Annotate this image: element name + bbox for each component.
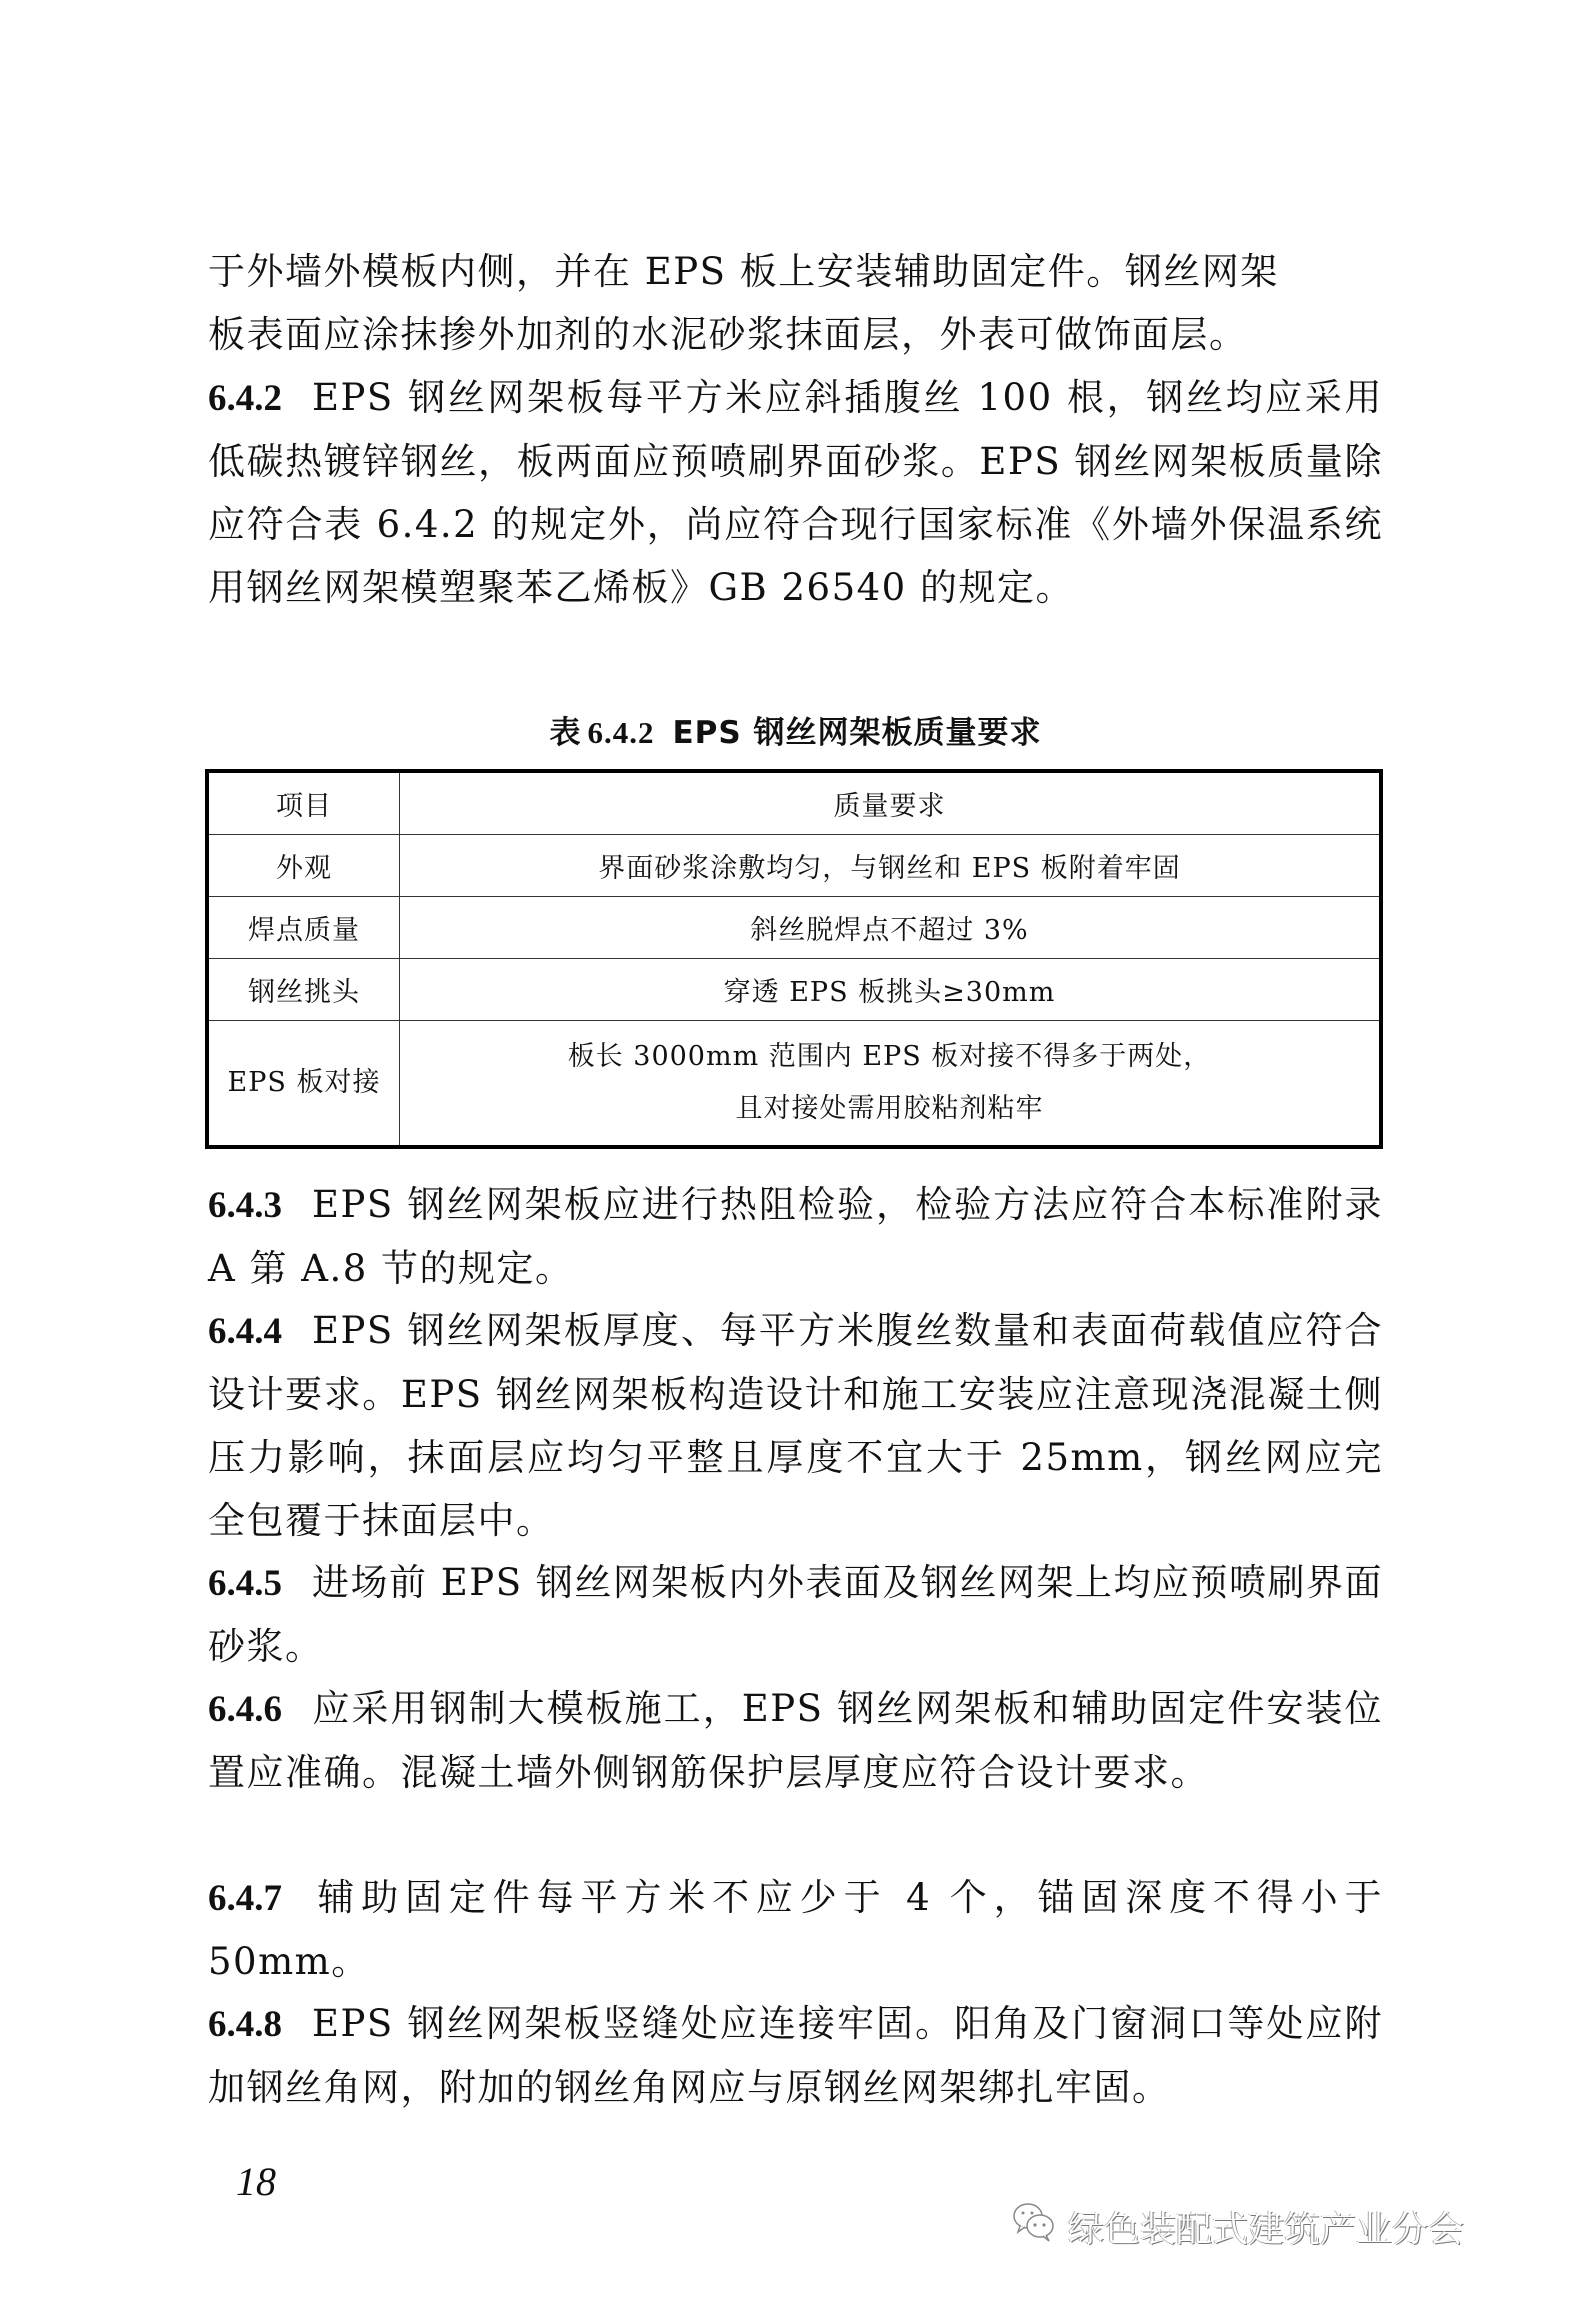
caption-title: EPS 钢丝网架板质量要求 xyxy=(672,715,1041,751)
intro-line-1: 于外墙外模板内侧，并在 EPS 板上安装辅助固定件。钢丝网架 xyxy=(208,240,1383,303)
row-item: 焊点质量 xyxy=(207,897,400,959)
clause-text: 辅助固定件每平方米不应少于 4 个，锚固深度不得小于 50mm。 xyxy=(208,1876,1383,1983)
table-row: 钢丝挑头 穿透 EPS 板挑头≥30mm xyxy=(207,959,1381,1021)
header-requirement: 质量要求 xyxy=(400,771,1382,835)
row-requirement: 板长 3000mm 范围内 EPS 板对接不得多于两处， 且对接处需用胶粘剂粘牢 xyxy=(400,1021,1382,1148)
table-row: 外观 界面砂浆涂敷均匀，与钢丝和 EPS 板附着牢固 xyxy=(207,835,1381,897)
requirement-line-1: 板长 3000mm 范围内 EPS 板对接不得多于两处， xyxy=(400,1031,1379,1083)
table-row: EPS 板对接 板长 3000mm 范围内 EPS 板对接不得多于两处， 且对接… xyxy=(207,1021,1381,1148)
table-row: 焊点质量 斜丝脱焊点不超过 3% xyxy=(207,897,1381,959)
clause-text: EPS 钢丝网架板应进行热阻检验，检验方法应符合本标准附录 A 第 A.8 节的… xyxy=(208,1183,1383,1290)
document-page: 于外墙外模板内侧，并在 EPS 板上安装辅助固定件。钢丝网架 板表面应涂抹掺外加… xyxy=(0,0,1587,2300)
table-caption: 表6.4.2EPS 钢丝网架板质量要求 xyxy=(208,707,1383,752)
clause-text: EPS 钢丝网架板竖缝处应连接牢固。阳角及门窗洞口等处应附加钢丝角网，附加的钢丝… xyxy=(208,2002,1383,2109)
page-number: 18 xyxy=(236,2158,276,2205)
clause-text: EPS 钢丝网架板厚度、每平方米腹丝数量和表面荷载值应符合设计要求。EPS 钢丝… xyxy=(208,1309,1383,1542)
clause-6-4-5: 6.4.5进场前 EPS 钢丝网架板内外表面及钢丝网架上均应预喷刷界面砂浆。 xyxy=(208,1551,1383,1678)
clause-number: 6.4.4 xyxy=(208,1311,282,1352)
clause-6-4-3: 6.4.3EPS 钢丝网架板应进行热阻检验，检验方法应符合本标准附录 A 第 A… xyxy=(208,1173,1383,1300)
header-item: 项目 xyxy=(207,771,400,835)
clause-6-4-4: 6.4.4EPS 钢丝网架板厚度、每平方米腹丝数量和表面荷载值应符合设计要求。E… xyxy=(208,1299,1383,1552)
clause-text: 应采用钢制大模板施工，EPS 钢丝网架板和辅助固定件安装位置应准确。混凝土墙外侧… xyxy=(208,1687,1383,1794)
row-item: EPS 板对接 xyxy=(207,1021,400,1148)
row-requirement: 斜丝脱焊点不超过 3% xyxy=(400,897,1382,959)
clause-6-4-8: 6.4.8EPS 钢丝网架板竖缝处应连接牢固。阳角及门窗洞口等处应附加钢丝角网，… xyxy=(208,1992,1383,2119)
clause-number: 6.4.2 xyxy=(208,378,282,419)
intro-paragraph: 于外墙外模板内侧，并在 EPS 板上安装辅助固定件。钢丝网架 板表面应涂抹掺外加… xyxy=(208,240,1383,366)
row-item: 外观 xyxy=(207,835,400,897)
wechat-icon xyxy=(1010,2198,1058,2255)
clause-number: 6.4.5 xyxy=(208,1563,282,1604)
clause-6-4-7: 6.4.7辅助固定件每平方米不应少于 4 个，锚固深度不得小于 50mm。 xyxy=(208,1866,1383,1993)
clause-number: 6.4.7 xyxy=(208,1878,282,1919)
clause-text: 进场前 EPS 钢丝网架板内外表面及钢丝网架上均应预喷刷界面砂浆。 xyxy=(208,1561,1383,1668)
row-requirement: 穿透 EPS 板挑头≥30mm xyxy=(400,959,1382,1021)
quality-requirements-table: 项目 质量要求 外观 界面砂浆涂敷均匀，与钢丝和 EPS 板附着牢固 焊点质量 … xyxy=(205,769,1383,1149)
clause-6-4-6: 6.4.6应采用钢制大模板施工，EPS 钢丝网架板和辅助固定件安装位置应准确。混… xyxy=(208,1677,1383,1804)
intro-line-2: 板表面应涂抹掺外加剂的水泥砂浆抹面层，外表可做饰面层。 xyxy=(208,303,1383,366)
clause-text: EPS 钢丝网架板每平方米应斜插腹丝 100 根，钢丝均应采用低碳热镀锌钢丝，板… xyxy=(208,376,1383,609)
row-item: 钢丝挑头 xyxy=(207,959,400,1021)
watermark-text: 绿色装配式建筑产业分会 xyxy=(1068,2201,1464,2252)
clause-number: 6.4.3 xyxy=(208,1185,282,1226)
caption-prefix: 表 xyxy=(549,715,581,751)
row-requirement: 界面砂浆涂敷均匀，与钢丝和 EPS 板附着牢固 xyxy=(400,835,1382,897)
requirement-line-2: 且对接处需用胶粘剂粘牢 xyxy=(400,1083,1379,1135)
clause-6-4-2: 6.4.2EPS 钢丝网架板每平方米应斜插腹丝 100 根，钢丝均应采用低碳热镀… xyxy=(208,366,1383,619)
caption-number: 6.4.2 xyxy=(587,715,654,750)
table-header-row: 项目 质量要求 xyxy=(207,771,1381,835)
watermark: 绿色装配式建筑产业分会 xyxy=(1010,2198,1464,2255)
clause-number: 6.4.8 xyxy=(208,2004,282,2045)
clause-number: 6.4.6 xyxy=(208,1689,282,1730)
